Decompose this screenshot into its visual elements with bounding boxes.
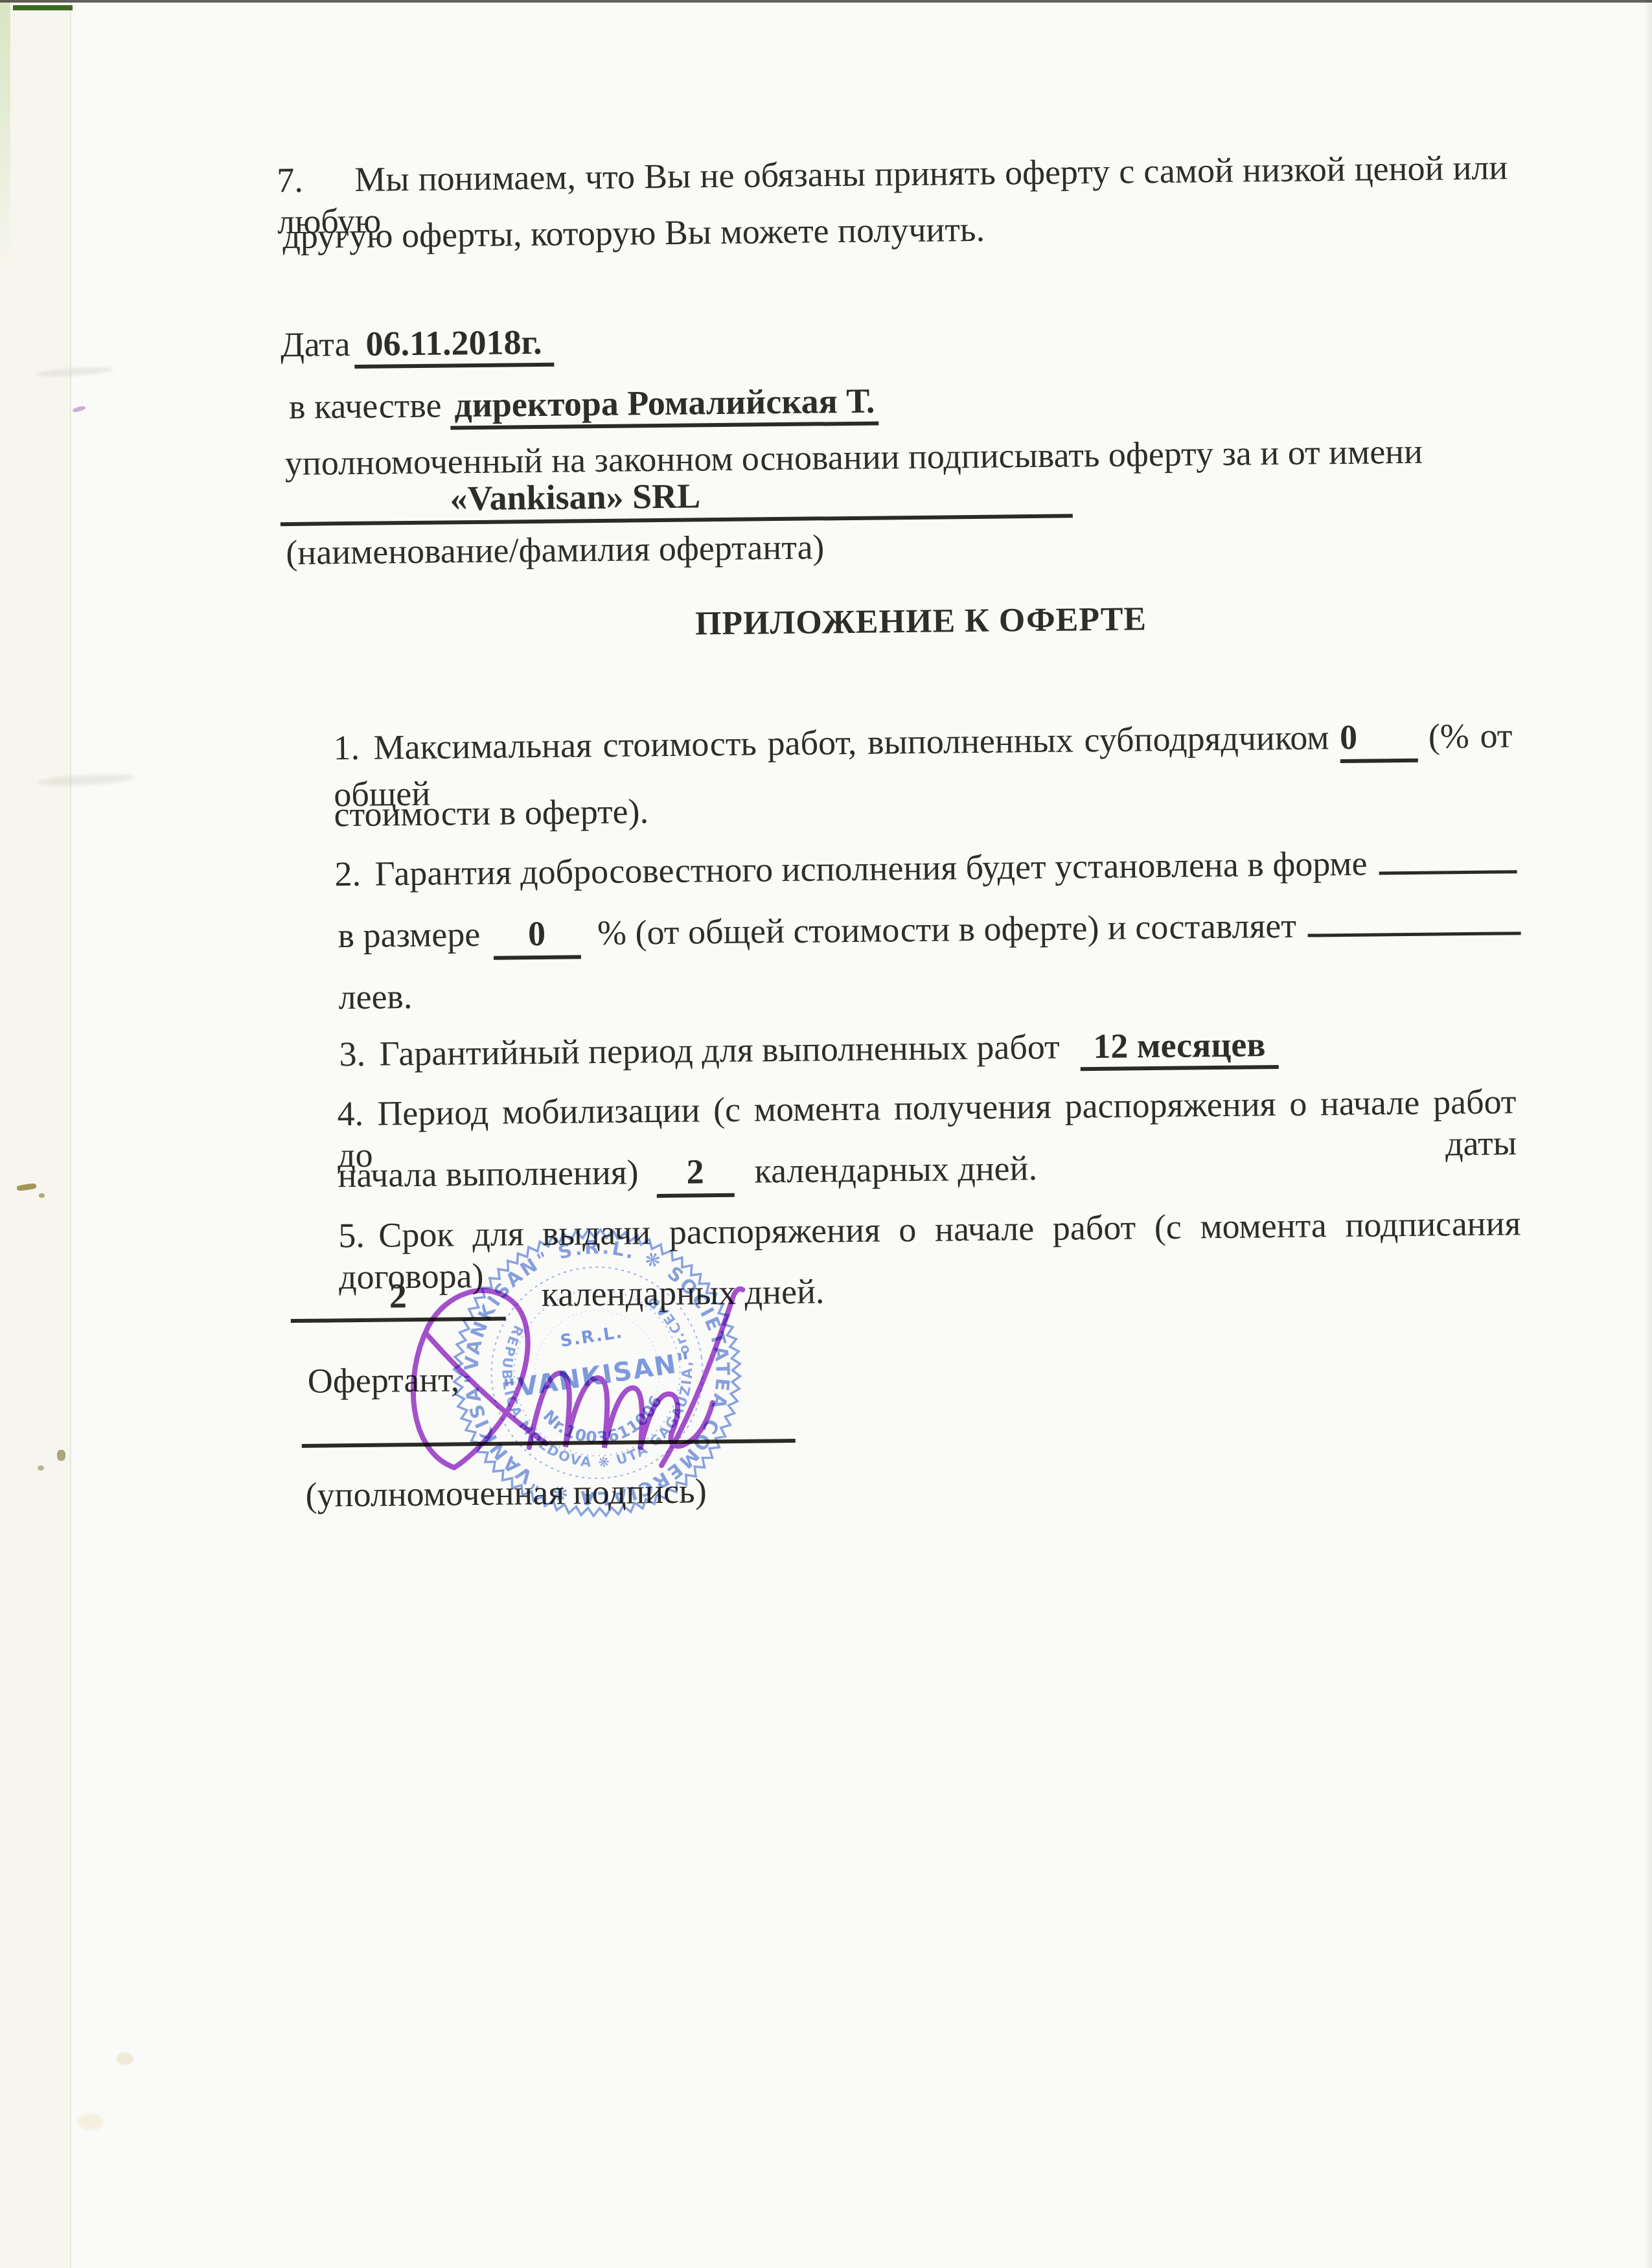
clause-7-line-2: другую оферты, которую Вы можете получит… <box>282 209 985 257</box>
item-1-line-1: 1.Максимальная стоимость работ, выполнен… <box>333 715 1513 768</box>
appendix-title: ПРИЛОЖЕНИЕ К ОФЕРТЕ <box>695 600 1147 643</box>
item-2-line-2-middle: % (от общей стоимости в оферте) и состав… <box>597 905 1296 954</box>
capacity-line: в качестведиректора Ромалийская Т. <box>289 380 879 428</box>
item-2-line-2: в размере 0 % (от общей стоимости в офер… <box>338 902 1521 956</box>
item-2-blank-form <box>1379 870 1517 875</box>
capacity-prefix: в качестве <box>289 386 442 426</box>
document-content: 7.Мы понимаем, что Вы не обязаны принять… <box>0 0 1652 2268</box>
item-2-line-3: леев. <box>338 976 413 1018</box>
offerer-name: «Vankisan» SRL <box>280 475 700 521</box>
item-3-line: 3.Гарантийный период для выполненных раб… <box>339 1024 1279 1075</box>
clause-7-number: 7. <box>277 159 355 201</box>
item-1-number: 1. <box>333 727 374 769</box>
date-label: Дата <box>281 325 350 364</box>
item-4-value: 2 <box>656 1151 735 1198</box>
date-line: Дата06.11.2018г. <box>281 321 554 365</box>
item-4-line-2-prefix: начала выполнения) <box>338 1152 639 1195</box>
item-2-blank-amount <box>1308 932 1521 937</box>
item-2-line-3-text: леев. <box>338 977 413 1016</box>
item-1-text-before: Максимальная стоимость работ, выполненны… <box>373 718 1329 766</box>
clause-7-line-1: 7.Мы понимаем, что Вы не обязаны принять… <box>277 146 1508 201</box>
item-4-line-1: 4.Период мобилизации (с момента получени… <box>337 1081 1517 1134</box>
offerer-name-line: «Vankisan» SRL <box>280 471 1073 526</box>
capacity-value: директора Ромалийская Т. <box>450 381 879 430</box>
item-3-number: 3. <box>339 1033 380 1075</box>
item-2-line-2-value: 0 <box>493 912 581 959</box>
item-2-line-2-prefix: в размере <box>338 913 480 956</box>
item-1-value: 0 <box>1340 716 1418 763</box>
item-5-number: 5. <box>338 1215 379 1257</box>
item-4-line-2-suffix: календарных дней. <box>754 1149 1037 1191</box>
scanned-document-page: 7.Мы понимаем, что Вы не обязаны принять… <box>0 0 1652 2268</box>
clause-7-text-2: другую оферты, которую Вы можете получит… <box>282 210 985 256</box>
item-2-line-1: 2.Гарантия добросовестного исполнения бу… <box>334 841 1517 895</box>
date-value: 06.11.2018г. <box>354 323 554 369</box>
item-1-line-2-text: стоимости в оферте). <box>334 792 648 834</box>
handwritten-signature <box>387 1265 779 1489</box>
offerer-caption: (наименование/фамилия офертанта) <box>286 527 825 572</box>
offerer-caption-line: (наименование/фамилия офертанта) <box>286 526 825 573</box>
item-1-line-2: стоимости в оферте). <box>334 790 648 835</box>
item-3-text: Гарантийный период для выполненных работ <box>379 1027 1060 1073</box>
item-3-value: 12 месяцев <box>1080 1025 1279 1071</box>
item-2-number: 2. <box>334 853 375 895</box>
item-4-line-2: начала выполнения) 2 календарных дней. <box>338 1147 1037 1196</box>
item-4-number: 4. <box>337 1093 378 1135</box>
item-2-line-1-text: Гарантия добросовестного исполнения буде… <box>374 843 1368 895</box>
